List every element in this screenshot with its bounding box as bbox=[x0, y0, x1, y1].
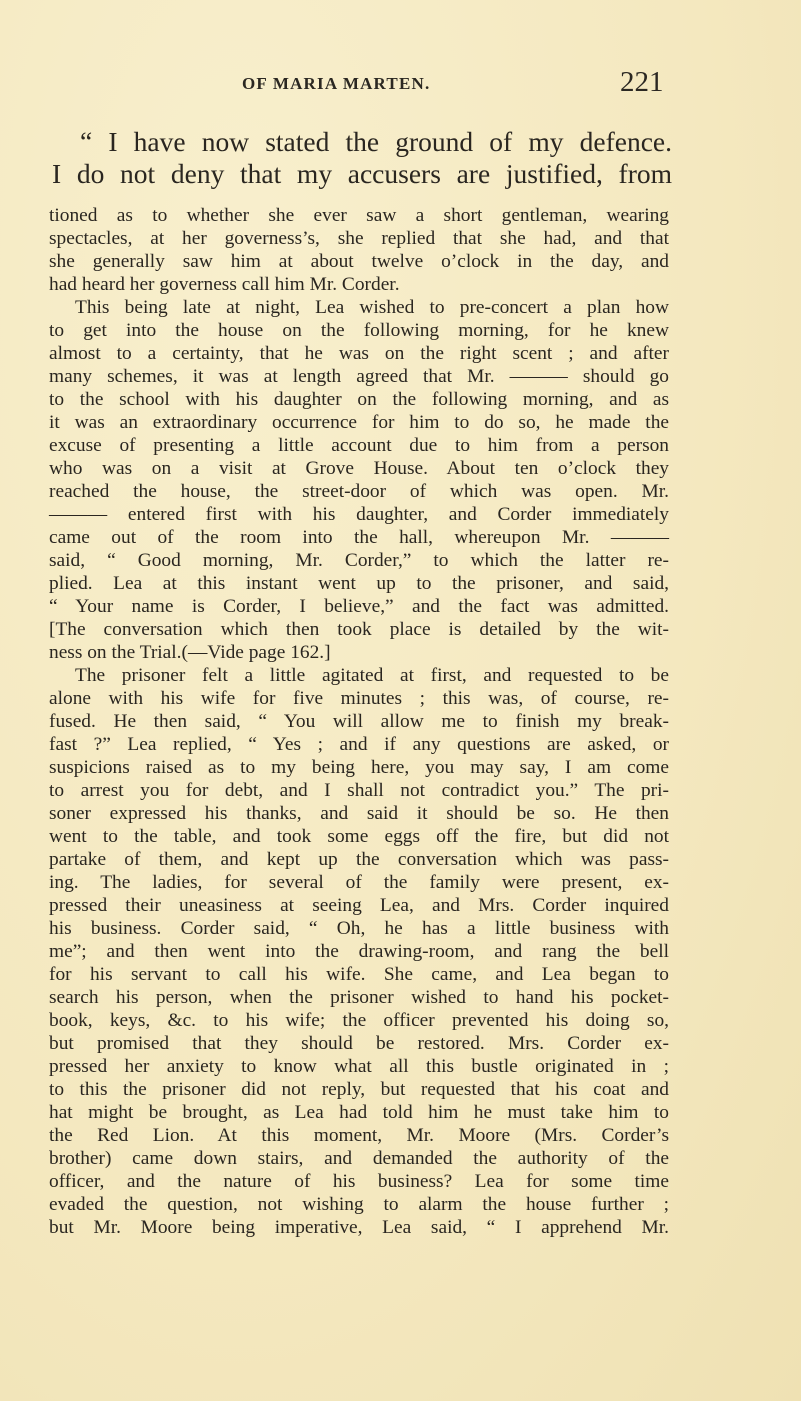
body-line: it was an extraordinary occurrence for h… bbox=[49, 411, 669, 434]
body-line: book, keys, &c. to his wife; the officer… bbox=[49, 1009, 669, 1032]
body-line: fast ?” Lea replied, “ Yes ; and if any … bbox=[49, 733, 669, 756]
body-line: to this the prisoner did not reply, but … bbox=[49, 1078, 669, 1101]
running-head: OF MARIA MARTEN. 221 bbox=[0, 66, 801, 96]
body-line: came out of the room into the hall, wher… bbox=[49, 526, 669, 549]
body-line: went to the table, and took some eggs of… bbox=[49, 825, 669, 848]
body-line: ness on the Trial.(—Vide page 162.] bbox=[49, 641, 669, 664]
body-line: excuse of presenting a little account du… bbox=[49, 434, 669, 457]
body-line: said, “ Good morning, Mr. Corder,” to wh… bbox=[49, 549, 669, 572]
running-title: OF MARIA MARTEN. bbox=[242, 74, 430, 94]
body-line: had heard her governess call him Mr. Cor… bbox=[49, 273, 669, 296]
body-line: but promised that they should be restore… bbox=[49, 1032, 669, 1055]
carry-over-line: I do not deny that my accusers are justi… bbox=[52, 158, 672, 190]
carry-over-line: “ I have now stated the ground of my def… bbox=[52, 126, 672, 158]
body-line: reached the house, the street-door of wh… bbox=[49, 480, 669, 503]
body-line: to arrest you for debt, and I shall not … bbox=[49, 779, 669, 802]
body-line: me”; and then went into the drawing-room… bbox=[49, 940, 669, 963]
body-line: brother) came down stairs, and demanded … bbox=[49, 1147, 669, 1170]
body-line: spectacles, at her governess’s, she repl… bbox=[49, 227, 669, 250]
body-line: the Red Lion. At this moment, Mr. Moore … bbox=[49, 1124, 669, 1147]
book-page: OF MARIA MARTEN. 221 “ I have now stated… bbox=[0, 0, 801, 1401]
body-line: for his servant to call his wife. She ca… bbox=[49, 963, 669, 986]
body-line: fused. He then said, “ You will allow me… bbox=[49, 710, 669, 733]
body-line: pressed her anxiety to know what all thi… bbox=[49, 1055, 669, 1078]
body-line: tioned as to whether she ever saw a shor… bbox=[49, 204, 669, 227]
body-line: who was on a visit at Grove House. About… bbox=[49, 457, 669, 480]
page-number: 221 bbox=[620, 66, 664, 99]
body-line: soner expressed his thanks, and said it … bbox=[49, 802, 669, 825]
body-line: hat might be brought, as Lea had told hi… bbox=[49, 1101, 669, 1124]
body-line: his business. Corder said, “ Oh, he has … bbox=[49, 917, 669, 940]
body-line: partake of them, and kept up the convers… bbox=[49, 848, 669, 871]
body-line: but Mr. Moore being imperative, Lea said… bbox=[49, 1216, 669, 1239]
body-line: ing. The ladies, for several of the fami… bbox=[49, 871, 669, 894]
body-line: alone with his wife for five minutes ; t… bbox=[49, 687, 669, 710]
body-line: many schemes, it was at length agreed th… bbox=[49, 365, 669, 388]
body-line: suspicions raised as to my being here, y… bbox=[49, 756, 669, 779]
body-line: [The conversation which then took place … bbox=[49, 618, 669, 641]
body-line: to get into the house on the following m… bbox=[49, 319, 669, 342]
body-line: This being late at night, Lea wished to … bbox=[49, 296, 669, 319]
carry-over-quote: “ I have now stated the ground of my def… bbox=[52, 126, 672, 190]
body-line: to the school with his daughter on the f… bbox=[49, 388, 669, 411]
body-line: “ Your name is Corder, I believe,” and t… bbox=[49, 595, 669, 618]
body-line: ——— entered first with his daughter, and… bbox=[49, 503, 669, 526]
body-line: plied. Lea at this instant went up to th… bbox=[49, 572, 669, 595]
body-line: officer, and the nature of his business?… bbox=[49, 1170, 669, 1193]
body-line: search his person, when the prisoner wis… bbox=[49, 986, 669, 1009]
body-text: tioned as to whether she ever saw a shor… bbox=[49, 204, 669, 1239]
body-line: evaded the question, not wishing to alar… bbox=[49, 1193, 669, 1216]
body-line: The prisoner felt a little agitated at f… bbox=[49, 664, 669, 687]
body-line: almost to a certainty, that he was on th… bbox=[49, 342, 669, 365]
body-line: pressed their uneasiness at seeing Lea, … bbox=[49, 894, 669, 917]
body-line: she generally saw him at about twelve o’… bbox=[49, 250, 669, 273]
